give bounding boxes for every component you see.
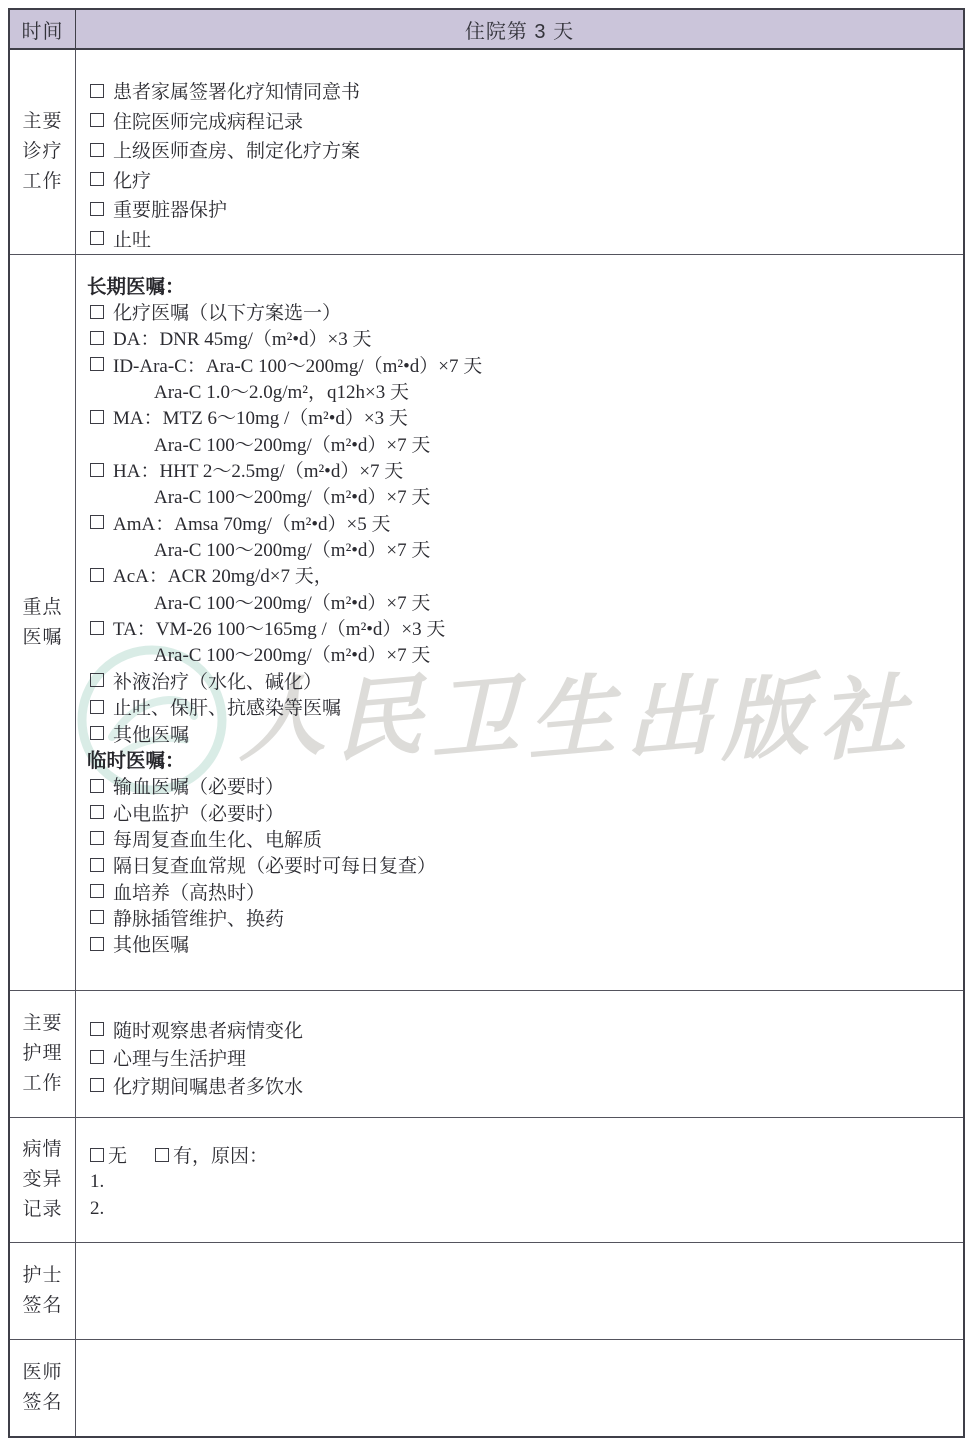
line-text: MA：MTZ 6～10mg /（m²•d）×3 天 — [113, 403, 408, 430]
variation-option: 无 — [90, 1141, 127, 1168]
row-main-diagnosis-work: 主要诊疗工作 患者家属签署化疗知情同意书住院医师完成病程记录上级医师查房、制定化… — [10, 48, 963, 254]
line-text: 补液治疗（水化、碱化） — [113, 667, 322, 694]
checkbox[interactable] — [90, 1022, 104, 1036]
checklist-line: 化疗医嘱（以下方案选一） — [76, 298, 963, 324]
row-label-line: 病情 — [22, 1135, 62, 1165]
checklist-line: Ara-C 100～200mg/（m²•d）×7 天 — [76, 588, 963, 614]
line-text: 无 — [108, 1141, 127, 1168]
checklist-line: MA：MTZ 6～10mg /（m²•d）×3 天 — [76, 404, 963, 430]
row-label-line: 护理 — [22, 1039, 62, 1069]
header-cell-time: 时间 — [10, 10, 76, 48]
checkbox[interactable] — [90, 1148, 104, 1162]
checklist-line: 血培养（高热时） — [76, 878, 963, 904]
line-text: 化疗医嘱（以下方案选一） — [113, 298, 341, 325]
row-label-line: 工作 — [22, 1069, 62, 1099]
line-text: DA：DNR 45mg/（m²•d）×3 天 — [113, 324, 371, 351]
checklist-line: AcA：ACR 20mg/d×7 天， — [76, 562, 963, 588]
line-text: 隔日复查血常规（必要时可每日复查） — [113, 851, 436, 878]
checklist-line: 每周复查血生化、电解质 — [76, 825, 963, 851]
row-label-line: 诊疗 — [22, 137, 62, 167]
line-text: Ara-C 100～200mg/（m²•d）×7 天 — [154, 535, 430, 562]
header-cell-day: 住院第 3 天 — [76, 10, 963, 48]
line-text: 其他医嘱 — [113, 720, 189, 747]
row-label-line: 记录 — [22, 1195, 62, 1225]
checkbox[interactable] — [155, 1148, 169, 1162]
line-text: HA：HHT 2～2.5mg/（m²•d）×7 天 — [113, 456, 403, 483]
line-text: Ara-C 100～200mg/（m²•d）×7 天 — [154, 430, 430, 457]
row-label-line: 医师 — [22, 1358, 62, 1388]
checklist-line: 患者家属签署化疗知情同意书 — [76, 76, 963, 106]
row-label-line: 工作 — [22, 167, 62, 197]
checklist-line: 隔日复查血常规（必要时可每日复查） — [76, 852, 963, 878]
orders-section-heading: 长期医嘱： — [76, 272, 963, 298]
line-text: 心理与生活护理 — [113, 1044, 246, 1071]
row-doctor-signature: 医师签名 — [10, 1339, 963, 1436]
line-text: 2. — [90, 1198, 104, 1220]
row-label-line: 医嘱 — [22, 623, 62, 653]
row-main-nursing-work: 主要护理工作 随时观察患者病情变化心理与生活护理化疗期间嘱患者多饮水 — [10, 990, 963, 1117]
row-content: 长期医嘱：化疗医嘱（以下方案选一）DA：DNR 45mg/（m²•d）×3 天I… — [76, 255, 963, 990]
checklist-line: 止吐 — [76, 224, 963, 254]
row-label: 主要护理工作 — [10, 991, 76, 1117]
row-label-line: 重点 — [22, 593, 62, 623]
checkbox[interactable] — [90, 805, 104, 819]
line-text: 长期医嘱： — [87, 271, 185, 299]
row-label-line: 变异 — [22, 1165, 62, 1195]
checkbox[interactable] — [90, 831, 104, 845]
checkbox[interactable] — [90, 357, 104, 371]
checkbox[interactable] — [90, 621, 104, 635]
checklist-line: ID-Ara-C：Ara-C 100～200mg/（m²•d）×7 天 — [76, 351, 963, 377]
line-text: 重要脏器保护 — [113, 195, 227, 222]
line-text: 血培养（高热时） — [113, 878, 265, 905]
row-label: 主要诊疗工作 — [10, 50, 76, 254]
checklist-line: Ara-C 1.0～2.0g/m²，q12h×3 天 — [76, 377, 963, 403]
line-text: ID-Ara-C：Ara-C 100～200mg/（m²•d）×7 天 — [113, 351, 482, 378]
row-content: 无有，原因：1.2. — [76, 1118, 963, 1242]
line-text: 止吐、保肝、抗感染等医嘱 — [113, 693, 341, 720]
checklist-line: 心电监护（必要时） — [76, 799, 963, 825]
checklist-line: 无有，原因： — [76, 1141, 963, 1168]
line-text: 有，原因： — [173, 1141, 268, 1168]
checklist-line: 其他医嘱 — [76, 931, 963, 957]
checklist-line: 重要脏器保护 — [76, 194, 963, 224]
checklist-line: 随时观察患者病情变化 — [76, 1015, 963, 1043]
checklist-line: 化疗 — [76, 165, 963, 195]
checklist-line: AmA：Amsa 70mg/（m²•d）×5 天 — [76, 509, 963, 535]
checkbox[interactable] — [90, 884, 104, 898]
checkbox[interactable] — [90, 726, 104, 740]
row-content: 随时观察患者病情变化心理与生活护理化疗期间嘱患者多饮水 — [76, 991, 963, 1117]
line-text: Ara-C 100～200mg/（m²•d）×7 天 — [154, 588, 430, 615]
row-label: 病情变异记录 — [10, 1118, 76, 1242]
checklist-line: HA：HHT 2～2.5mg/（m²•d）×7 天 — [76, 456, 963, 482]
doctor-signature-field[interactable] — [76, 1340, 963, 1436]
line-text: 化疗 — [113, 166, 151, 193]
row-variation-record: 病情变异记录 无有，原因：1.2. — [10, 1117, 963, 1242]
row-label-line: 签名 — [22, 1291, 62, 1321]
checkbox[interactable] — [90, 700, 104, 714]
checklist-line: 1. — [76, 1168, 963, 1195]
line-text: Ara-C 1.0～2.0g/m²，q12h×3 天 — [154, 377, 409, 404]
nurse-signature-field[interactable] — [76, 1243, 963, 1339]
line-text: 1. — [90, 1171, 104, 1193]
checklist-line: 其他医嘱 — [76, 720, 963, 746]
checklist-line: TA：VM-26 100～165mg /（m²•d）×3 天 — [76, 614, 963, 640]
checkbox[interactable] — [90, 231, 104, 245]
line-text: 每周复查血生化、电解质 — [113, 825, 322, 852]
line-text: AmA：Amsa 70mg/（m²•d）×5 天 — [113, 509, 390, 536]
row-content: 患者家属签署化疗知情同意书住院医师完成病程记录上级医师查房、制定化疗方案化疗重要… — [76, 50, 963, 254]
line-text: 止吐 — [113, 225, 151, 252]
variation-option: 有，原因： — [155, 1141, 268, 1168]
line-text: 患者家属签署化疗知情同意书 — [113, 77, 360, 104]
checklist-line: 住院医师完成病程记录 — [76, 106, 963, 136]
checklist-line: Ara-C 100～200mg/（m²•d）×7 天 — [76, 535, 963, 561]
checklist-line: Ara-C 100～200mg/（m²•d）×7 天 — [76, 430, 963, 456]
checklist-line: DA：DNR 45mg/（m²•d）×3 天 — [76, 325, 963, 351]
checklist-line: 静脉插管维护、换药 — [76, 904, 963, 930]
checkbox[interactable] — [90, 673, 104, 687]
line-text: 临时医嘱： — [87, 745, 185, 773]
row-label-line: 护士 — [22, 1261, 62, 1291]
line-text: TA：VM-26 100～165mg /（m²•d）×3 天 — [113, 614, 445, 641]
checkbox[interactable] — [90, 937, 104, 951]
row-label: 重点医嘱 — [10, 255, 76, 990]
row-label: 医师签名 — [10, 1340, 76, 1436]
line-text: 住院医师完成病程记录 — [113, 107, 303, 134]
checkbox[interactable] — [90, 779, 104, 793]
line-text: Ara-C 100～200mg/（m²•d）×7 天 — [154, 640, 430, 667]
checklist-line: Ara-C 100～200mg/（m²•d）×7 天 — [76, 483, 963, 509]
checkbox[interactable] — [90, 463, 104, 477]
checkbox[interactable] — [90, 1050, 104, 1064]
checklist-line: 心理与生活护理 — [76, 1043, 963, 1071]
time-column-header: 时间 — [22, 15, 64, 44]
checkbox[interactable] — [90, 84, 104, 98]
clinical-pathway-table: 时间 住院第 3 天 主要诊疗工作 患者家属签署化疗知情同意书住院医师完成病程记… — [8, 8, 965, 1438]
checkbox[interactable] — [90, 331, 104, 345]
checklist-line: 上级医师查房、制定化疗方案 — [76, 135, 963, 165]
checkbox[interactable] — [90, 113, 104, 127]
row-label-line: 主要 — [22, 1009, 62, 1039]
checkbox[interactable] — [90, 143, 104, 157]
row-label: 护士签名 — [10, 1243, 76, 1339]
checklist-line: 止吐、保肝、抗感染等医嘱 — [76, 694, 963, 720]
checklist-line: 化疗期间嘱患者多饮水 — [76, 1071, 963, 1099]
checkbox[interactable] — [90, 515, 104, 529]
checkbox[interactable] — [90, 1078, 104, 1092]
line-text: Ara-C 100～200mg/（m²•d）×7 天 — [154, 482, 430, 509]
line-text: 输血医嘱（必要时） — [113, 772, 284, 799]
row-key-orders: 重点医嘱 长期医嘱：化疗医嘱（以下方案选一）DA：DNR 45mg/（m²•d）… — [10, 254, 963, 990]
hospital-day-header: 住院第 3 天 — [465, 15, 574, 44]
checkbox[interactable] — [90, 858, 104, 872]
checkbox[interactable] — [90, 910, 104, 924]
orders-section-heading: 临时医嘱： — [76, 746, 963, 772]
checkbox[interactable] — [90, 568, 104, 582]
row-nurse-signature: 护士签名 — [10, 1242, 963, 1339]
checklist-line: 补液治疗（水化、碱化） — [76, 667, 963, 693]
checkbox[interactable] — [90, 172, 104, 186]
line-text: 心电监护（必要时） — [113, 799, 284, 826]
line-text: AcA：ACR 20mg/d×7 天， — [113, 561, 333, 588]
line-text: 随时观察患者病情变化 — [113, 1016, 303, 1043]
line-text: 上级医师查房、制定化疗方案 — [113, 136, 360, 163]
checklist-line: Ara-C 100～200mg/（m²•d）×7 天 — [76, 641, 963, 667]
line-text: 其他医嘱 — [113, 930, 189, 957]
row-label-line: 签名 — [22, 1388, 62, 1418]
checklist-line: 输血医嘱（必要时） — [76, 773, 963, 799]
line-text: 静脉插管维护、换药 — [113, 904, 284, 931]
checklist-line: 2. — [76, 1195, 963, 1222]
checkbox[interactable] — [90, 305, 104, 319]
clinical-pathway-page: 人民卫生出版社 时间 住院第 3 天 主要诊疗工作 患者家属签署化疗知情同意书住… — [0, 0, 971, 1443]
checkbox[interactable] — [90, 410, 104, 424]
checkbox[interactable] — [90, 202, 104, 216]
line-text: 化疗期间嘱患者多饮水 — [113, 1072, 303, 1099]
table-header-row: 时间 住院第 3 天 — [10, 10, 963, 48]
row-label-line: 主要 — [22, 107, 62, 137]
